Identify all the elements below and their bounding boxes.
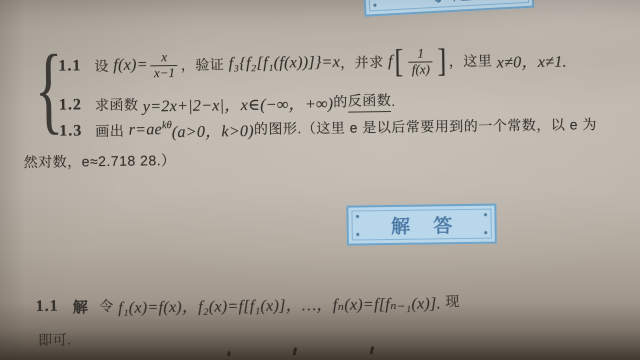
answers-section-box: 解 答 bbox=[346, 204, 497, 246]
solution-1-1-math: f₁(x)=f(x)，f₂(x)=f[f₁(x)]，…，fₙ(x)=f[fₙ₋₁… bbox=[118, 290, 441, 318]
exercises-box-label: 习题 bbox=[415, 0, 481, 7]
problem-1-2: 1.2 求函数 y=2x+|2−x|，x∈(−∞，+∞) 的 反函数 . bbox=[59, 90, 396, 117]
cut-off-text-mark bbox=[227, 351, 230, 356]
problem-1-1-math: f(x)= bbox=[113, 56, 148, 74]
problem-1-1-math: x≠0，x≠1. bbox=[497, 48, 567, 72]
problem-1-1: 1.1 设 f(x)= x x−1 ，验证 f₃{f₂[f₁(f(x))]}=x… bbox=[58, 41, 567, 86]
problem-1-2-math: y=2x+|2−x|，x∈(−∞，+∞) bbox=[143, 90, 334, 116]
left-bracket: [ bbox=[395, 45, 404, 78]
problem-1-2-text: . bbox=[391, 93, 396, 109]
problem-1-3-number: 1.3 bbox=[59, 122, 82, 140]
problem-1-3-math: r=ae bbox=[129, 121, 163, 139]
solution-1-1-continuation: 即可. bbox=[38, 329, 72, 349]
exponent-k-theta: kθ bbox=[162, 120, 172, 131]
fraction-denominator: x−1 bbox=[151, 64, 178, 80]
fraction-numerator: 1 bbox=[414, 46, 427, 61]
right-bracket: ] bbox=[438, 45, 447, 78]
problem-1-1-text: ，这里 bbox=[449, 51, 497, 72]
problem-1-3-math: (a>0，k>0) bbox=[172, 117, 254, 141]
fraction-x-over-x-minus-1: x x−1 bbox=[151, 50, 178, 81]
problem-1-1-text: ，并求 bbox=[340, 52, 388, 73]
cut-off-text-mark bbox=[370, 346, 374, 354]
solution-1-1-text: 令 bbox=[99, 296, 118, 316]
exercises-section-box: 习题 bbox=[362, 0, 534, 17]
problem-1-1-math: f₃{f₂[f₁(f(x))]}=x bbox=[229, 54, 341, 74]
problem-1-3-text: 画出 bbox=[95, 121, 129, 141]
problem-1-2-text: 求函数 bbox=[95, 94, 143, 115]
fraction-1-over-fx: 1 f(x) bbox=[409, 46, 433, 77]
solution-1-1-number: 1.1 bbox=[36, 298, 59, 316]
page-content: 习题 { 1.1 设 f(x)= x x−1 ，验证 f₃{f₂[f₁(f(x)… bbox=[0, 0, 640, 360]
fraction-numerator: x bbox=[158, 50, 170, 65]
problem-1-2-number: 1.2 bbox=[59, 96, 82, 114]
answers-box-frame: 解 答 bbox=[351, 209, 491, 241]
solution-1-1-continuation-text: 即可. bbox=[38, 329, 72, 349]
problem-1-2-underlined-term: 反函数 bbox=[348, 90, 392, 113]
problem-1-2-text: 的 bbox=[333, 92, 348, 112]
problem-1-3-text: 的图形.（这里 e 是以后常要用到的一个常数，以 e 为 bbox=[254, 114, 597, 139]
solution-1-1: 1.1 解 令 f₁(x)=f(x)，f₂(x)=f[f₁(x)]，…，fₙ(x… bbox=[36, 284, 640, 320]
problem-1-1-number: 1.1 bbox=[58, 57, 81, 75]
answers-box-label: 解 答 bbox=[382, 211, 462, 239]
cut-off-text-mark bbox=[293, 347, 297, 355]
problem-1-3-continuation: 然对数，e≈2.718 28.） bbox=[24, 149, 176, 173]
solution-label: 解 bbox=[73, 296, 89, 317]
textbook-page-photo: 习题 { 1.1 设 f(x)= x x−1 ，验证 f₃{f₂[f₁(f(x)… bbox=[0, 0, 640, 360]
problem-1-3-continuation-text: 然对数，e≈2.718 28.） bbox=[24, 150, 176, 172]
solution-1-1-text: 现 bbox=[441, 291, 460, 311]
fraction-denominator: f(x) bbox=[409, 61, 433, 77]
problem-1-1-math: f bbox=[388, 53, 393, 71]
problem-1-1-text: ，验证 bbox=[181, 54, 229, 75]
problem-1-1-text: 设 bbox=[94, 56, 113, 76]
exercises-box-frame: 习题 bbox=[368, 0, 529, 11]
